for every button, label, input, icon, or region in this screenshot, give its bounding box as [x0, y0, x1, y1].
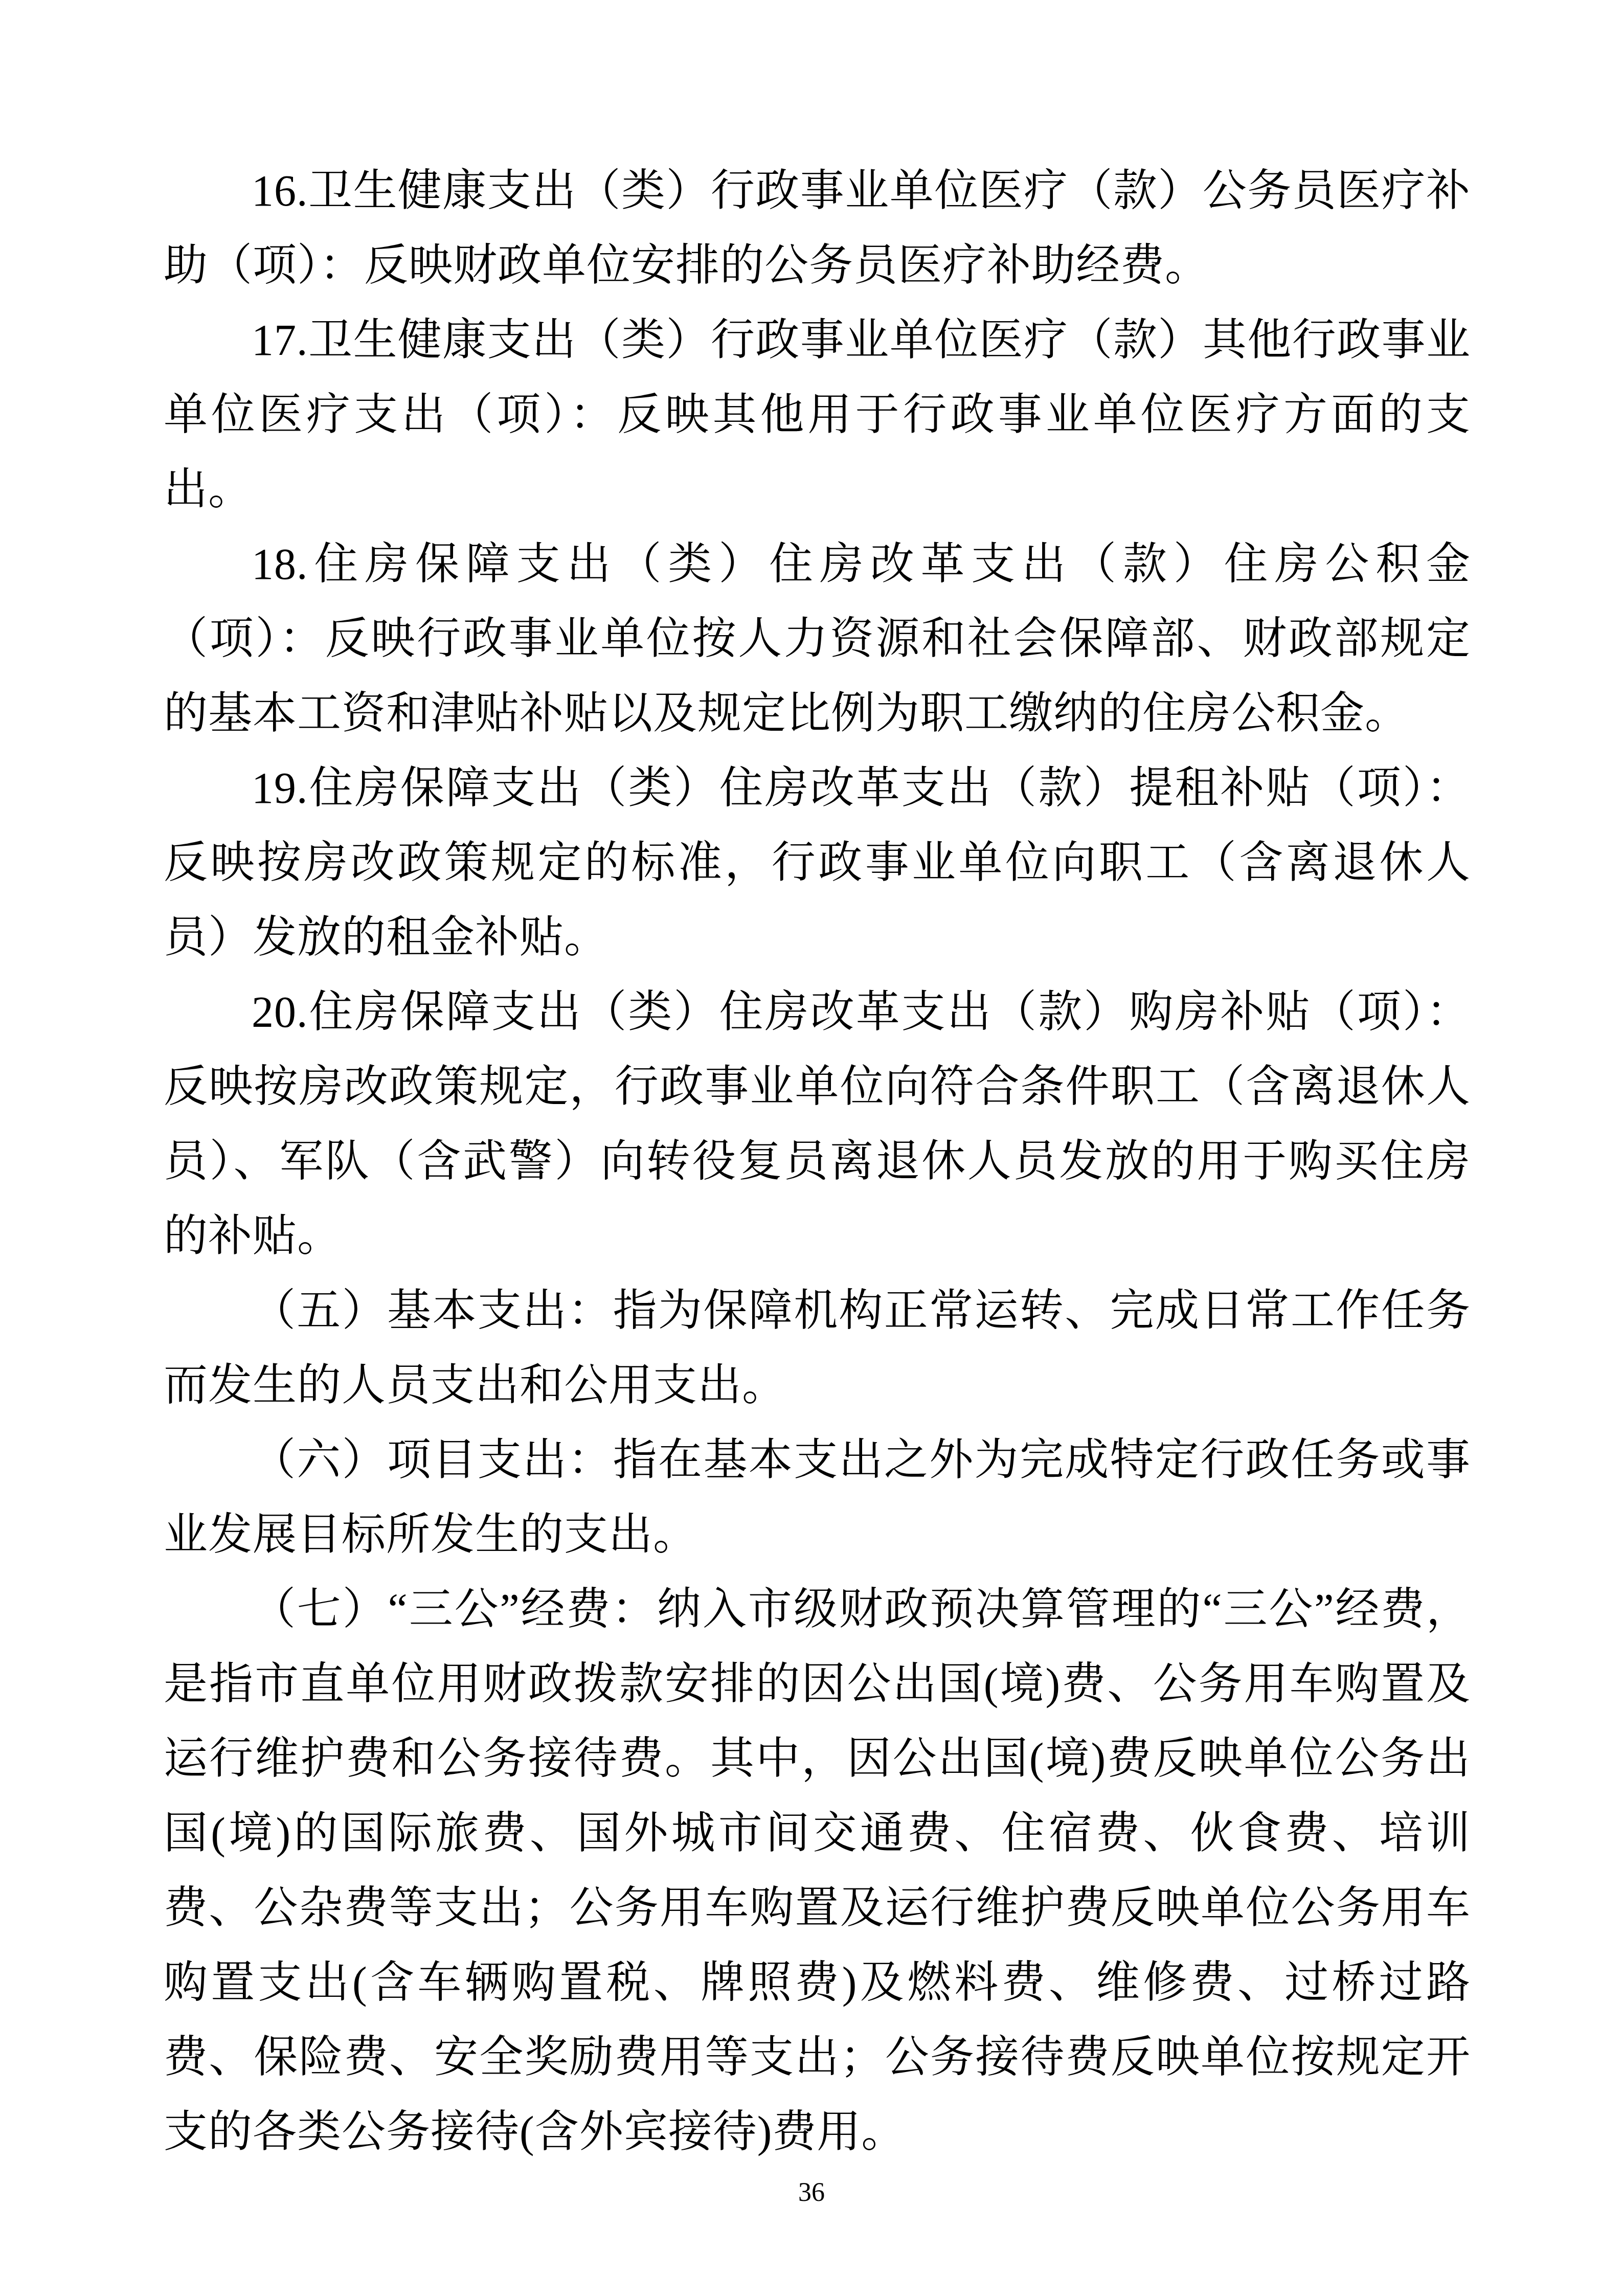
- paragraph-section-5-basic-expenditure: （五）基本支出：指为保障机构正常运转、完成日常工作任务而发生的人员支出和公用支出…: [164, 1273, 1471, 1423]
- document-page: 16.卫生健康支出（类）行政事业单位医疗（款）公务员医疗补助（项）：反映财政单位…: [0, 0, 1623, 2296]
- document-body: 16.卫生健康支出（类）行政事业单位医疗（款）公务员医疗补助（项）：反映财政单位…: [164, 153, 1471, 2169]
- paragraph-item-19: 19.住房保障支出（类）住房改革支出（款）提租补贴（项）：反映按房改政策规定的标…: [164, 751, 1471, 975]
- paragraph-item-20: 20.住房保障支出（类）住房改革支出（款）购房补贴（项）：反映按房改政策规定，行…: [164, 975, 1471, 1273]
- paragraph-item-17: 17.卫生健康支出（类）行政事业单位医疗（款）其他行政事业单位医疗支出（项）：反…: [164, 303, 1471, 527]
- paragraph-item-16: 16.卫生健康支出（类）行政事业单位医疗（款）公务员医疗补助（项）：反映财政单位…: [164, 153, 1471, 303]
- paragraph-section-7-three-public-funds: （七）“三公”经费：纳入市级财政预决算管理的“三公”经费，是指市直单位用财政拨款…: [164, 1572, 1471, 2169]
- paragraph-item-18: 18.住房保障支出（类）住房改革支出（款）住房公积金（项）：反映行政事业单位按人…: [164, 527, 1471, 751]
- paragraph-section-6-project-expenditure: （六）项目支出：指在基本支出之外为完成特定行政任务或事业发展目标所发生的支出。: [164, 1423, 1471, 1572]
- page-number: 36: [0, 2177, 1623, 2208]
